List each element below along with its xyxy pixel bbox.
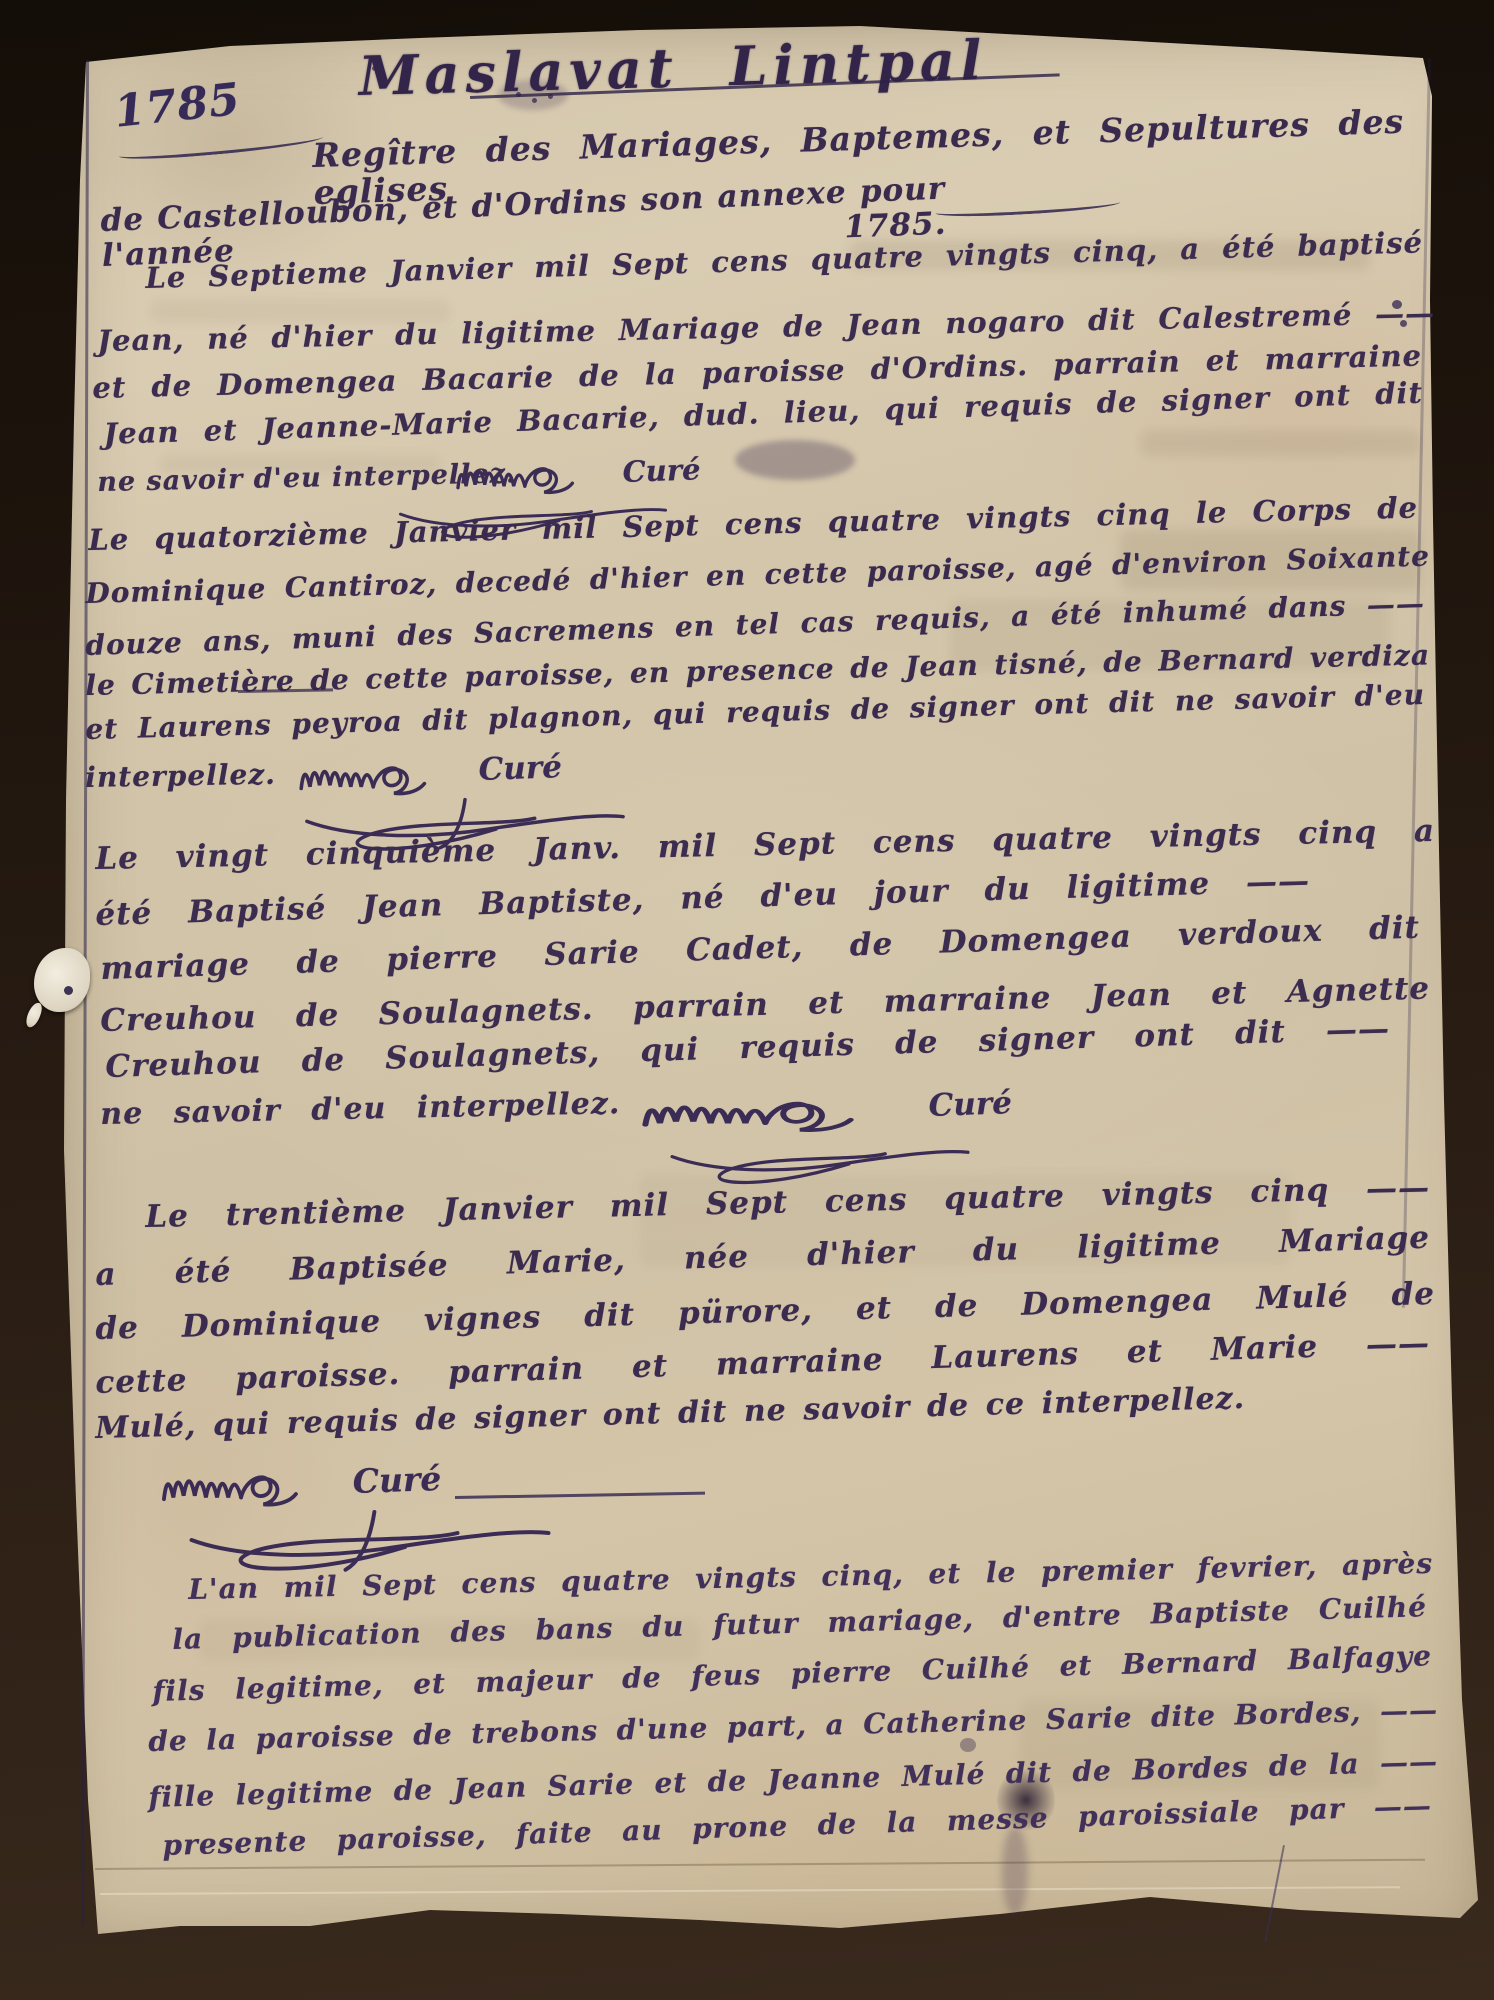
register-line: interpellez. [85, 759, 276, 794]
ink-smudge [735, 440, 855, 480]
cure-signature-label: Curé [352, 1459, 442, 1501]
signature-flourish-sweep [160, 1505, 580, 1575]
photo-of-parish-register: { "colors":{"background_top":"#140e08","… [0, 0, 1494, 2000]
cure-signature-label: Curé [478, 749, 562, 788]
thread-ink-dot [64, 986, 73, 995]
ink-blot-smear [1002, 1826, 1028, 1916]
show-through-ghost [1140, 430, 1420, 456]
cure-signature-label: Curé [622, 452, 701, 489]
binding-thread-tail [24, 1001, 44, 1030]
ink-droplet [960, 1738, 976, 1752]
cure-signature-label: Curé [928, 1085, 1012, 1124]
